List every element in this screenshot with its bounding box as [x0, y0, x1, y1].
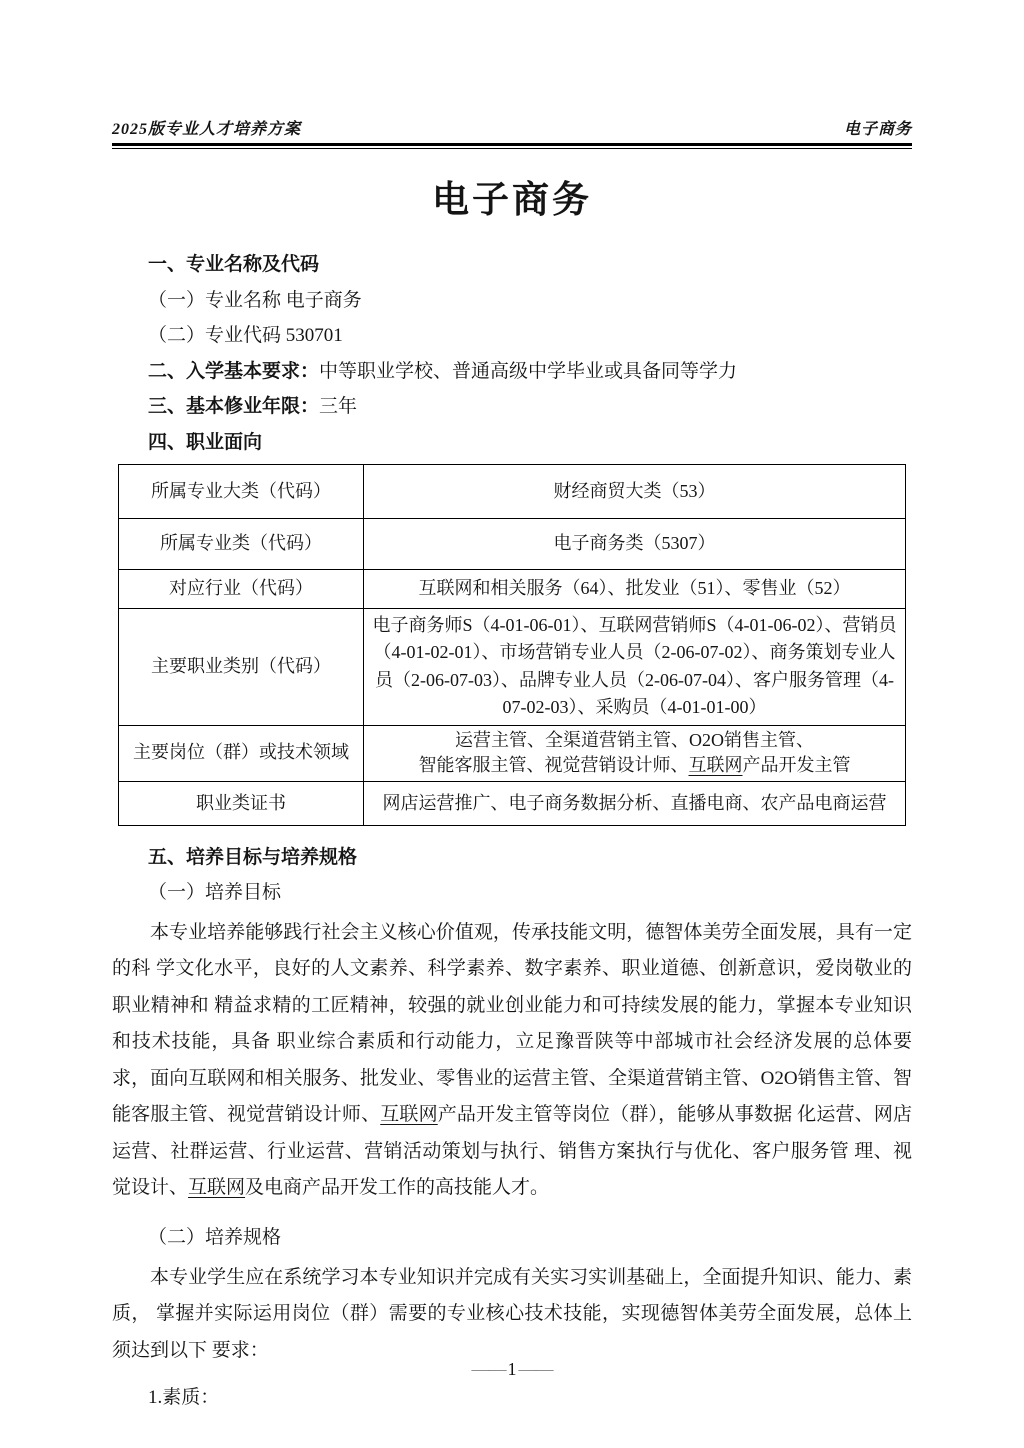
section-3-line: 三、基本修业年限：三年	[112, 396, 912, 417]
section-2-heading: 二、入学基本要求：	[148, 361, 319, 382]
positions-line-2: 智能客服主管、视觉营销设计师、	[419, 755, 689, 775]
page-title: 电子商务	[112, 181, 912, 221]
row-value: 电子商务师S（4-01-06-01）、互联网营销师S（4-01-06-02）、营…	[364, 608, 906, 725]
section-3-text: 三年	[319, 396, 357, 417]
running-header: 2025版专业人才培养方案 电子商务	[112, 0, 912, 139]
section-2-line: 二、入学基本要求：中等职业学校、普通高级中学毕业或具备同等学力	[112, 361, 912, 382]
section-5-sub-2: （二）培养规格	[112, 1227, 912, 1248]
section-3-heading: 三、基本修业年限：	[148, 396, 319, 417]
objective-text-3: 及电商产品开发工作的高技能人才。	[245, 1177, 549, 1198]
row-label: 主要职业类别（代码）	[119, 608, 364, 725]
objective-text: 本专业培养能够践行社会主义核心价值观，传承技能文明，德智体美劳全面发展，具有一定…	[112, 922, 912, 1126]
table-row: 所属专业大类（代码） 财经商贸大类（53）	[119, 464, 906, 518]
table-row: 职业类证书 网店运营推广、电子商务数据分析、直播电商、农产品电商运营	[119, 781, 906, 825]
row-value: 运营主管、全渠道营销主管、O2O销售主管、智能客服主管、视觉营销设计师、互联网产…	[364, 725, 906, 781]
section-4-heading: 四、职业面向	[112, 432, 912, 453]
row-label: 对应行业（代码）	[119, 569, 364, 608]
row-value: 互联网和相关服务（64）、批发业（51）、零售业（52）	[364, 569, 906, 608]
positions-underlined: 互联网	[689, 755, 743, 775]
header-left-title: 2025版专业人才培养方案	[112, 116, 301, 139]
objective-underlined-1: 互联网	[380, 1104, 437, 1125]
section-5-heading: 五、培养目标与培养规格	[112, 847, 912, 868]
table-row: 所属专业类（代码） 电子商务类（5307）	[119, 518, 906, 569]
row-label: 所属专业大类（代码）	[119, 464, 364, 518]
page-number: ——1——	[0, 1359, 1024, 1380]
page-number-value: 1	[506, 1359, 519, 1379]
row-value: 网店运营推广、电子商务数据分析、直播电商、农产品电商运营	[364, 781, 906, 825]
row-label: 主要岗位（群）或技术领域	[119, 725, 364, 781]
page-number-dash-right: ——	[519, 1359, 553, 1379]
header-right-title: 电子商务	[844, 116, 912, 139]
page-number-dash-left: ——	[472, 1359, 506, 1379]
section-1-heading: 一、专业名称及代码	[112, 254, 912, 275]
quality-heading: 1.素质：	[112, 1387, 912, 1408]
table-row: 对应行业（代码） 互联网和相关服务（64）、批发业（51）、零售业（52）	[119, 569, 906, 608]
page-content: 2025版专业人才培养方案 电子商务 电子商务 一、专业名称及代码 （一）专业名…	[112, 0, 912, 1408]
row-value: 财经商贸大类（53）	[364, 464, 906, 518]
section-1-item-name: （一）专业名称 电子商务	[112, 290, 912, 311]
positions-line-2-end: 产品开发主管	[743, 755, 851, 775]
table-row: 主要职业类别（代码） 电子商务师S（4-01-06-01）、互联网营销师S（4-…	[119, 608, 906, 725]
training-objective-paragraph: 本专业培养能够践行社会主义核心价值观，传承技能文明，德智体美劳全面发展，具有一定…	[112, 915, 912, 1207]
section-5-sub-1: （一）培养目标	[112, 882, 912, 903]
objective-underlined-2: 互联网	[188, 1177, 245, 1198]
document-page: 2025版专业人才培养方案 电子商务 电子商务 一、专业名称及代码 （一）专业名…	[0, 0, 1024, 1448]
positions-line-1: 运营主管、全渠道营销主管、O2O销售主管、	[455, 730, 814, 750]
section-2-text: 中等职业学校、普通高级中学毕业或具备同等学力	[319, 361, 737, 382]
row-label: 所属专业类（代码）	[119, 518, 364, 569]
header-double-rule	[112, 143, 912, 149]
training-spec-paragraph: 本专业学生应在系统学习本专业知识并完成有关实习实训基础上，全面提升知识、能力、素…	[112, 1260, 912, 1370]
row-value: 电子商务类（5307）	[364, 518, 906, 569]
career-orientation-table: 所属专业大类（代码） 财经商贸大类（53） 所属专业类（代码） 电子商务类（53…	[118, 464, 906, 826]
section-1-item-code: （二）专业代码 530701	[112, 325, 912, 346]
row-label: 职业类证书	[119, 781, 364, 825]
table-row: 主要岗位（群）或技术领域 运营主管、全渠道营销主管、O2O销售主管、智能客服主管…	[119, 725, 906, 781]
